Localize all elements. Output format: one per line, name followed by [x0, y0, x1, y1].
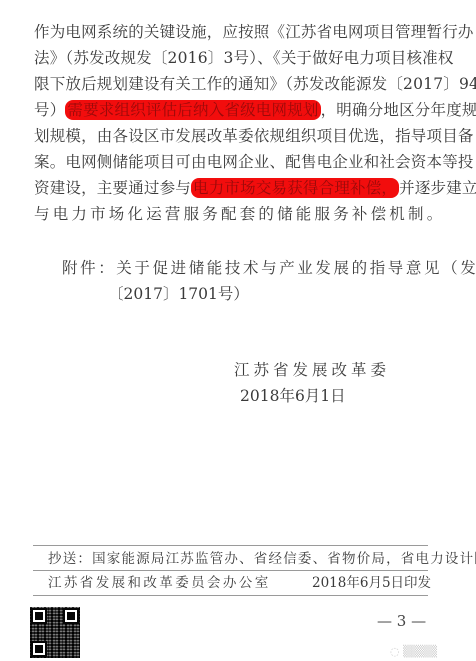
- signature-date: 2018年6月1日: [240, 386, 346, 406]
- body-line-5: 划规模，由各设区市发展改革委依规组织项目优选，指导项目备: [34, 126, 428, 146]
- body-line-2: 法》（苏发改规发〔2016〕3号）、《关于做好电力项目核准权: [34, 48, 428, 68]
- body-line-7: 资建设，主要通过参与电力市场交易获得合理补偿，并逐步建立: [34, 178, 428, 198]
- cc-line: 抄送：国家能源局江苏监管办、省经信委、省物价局，省电力设计院。: [48, 550, 476, 568]
- signature-org: 江苏省发展改革委: [234, 360, 390, 380]
- divider-middle: [33, 570, 428, 571]
- issue-date: 2018年6月5日印发: [312, 574, 431, 592]
- qr-corner-icon: [31, 608, 47, 624]
- divider-top: [33, 545, 428, 546]
- qr-corner-icon: [63, 608, 79, 624]
- body-line-6: 案。电网侧储能项目可由电网企业、配售电企业和社会资本等投: [34, 152, 428, 172]
- attachment-line-2: 〔2017〕1701号）: [108, 284, 249, 304]
- body-line-4-before: 号）: [34, 101, 65, 119]
- body-line-4-after: ，明确分地区分年度规: [321, 101, 476, 119]
- highlighted-text-1: 需要求组织评估后纳入省级电网规划: [65, 100, 320, 120]
- watermark-icon: ◌ ▒▒▒▒: [390, 645, 437, 658]
- body-line-1: 作为电网系统的关键设施，应按照《江苏省电网项目管理暂行办: [34, 22, 428, 42]
- body-line-7-after: 并逐步建立: [399, 179, 476, 197]
- attachment-line-1: 附件：关于促进储能技术与产业发展的指导意见（发改能源: [62, 258, 476, 278]
- body-line-8: 与电力市场化运营服务配套的储能服务补偿机制。: [34, 204, 428, 224]
- qr-corner-icon: [31, 641, 47, 657]
- highlighted-text-2: 电力市场交易获得合理补偿，: [191, 178, 399, 198]
- issuer-office: 江苏省发展和改革委员会办公室: [48, 574, 271, 592]
- body-line-4: 号）需要求组织评估后纳入省级电网规划，明确分地区分年度规: [34, 100, 428, 120]
- page-number: — 3 —: [377, 612, 426, 630]
- qr-code-icon: [30, 607, 80, 658]
- body-line-7-before: 资建设，主要通过参与: [34, 179, 191, 197]
- body-line-3: 限下放后规划建设有关工作的通知》（苏发改能源发〔2017〕947: [34, 74, 428, 94]
- divider-bottom: [33, 595, 428, 596]
